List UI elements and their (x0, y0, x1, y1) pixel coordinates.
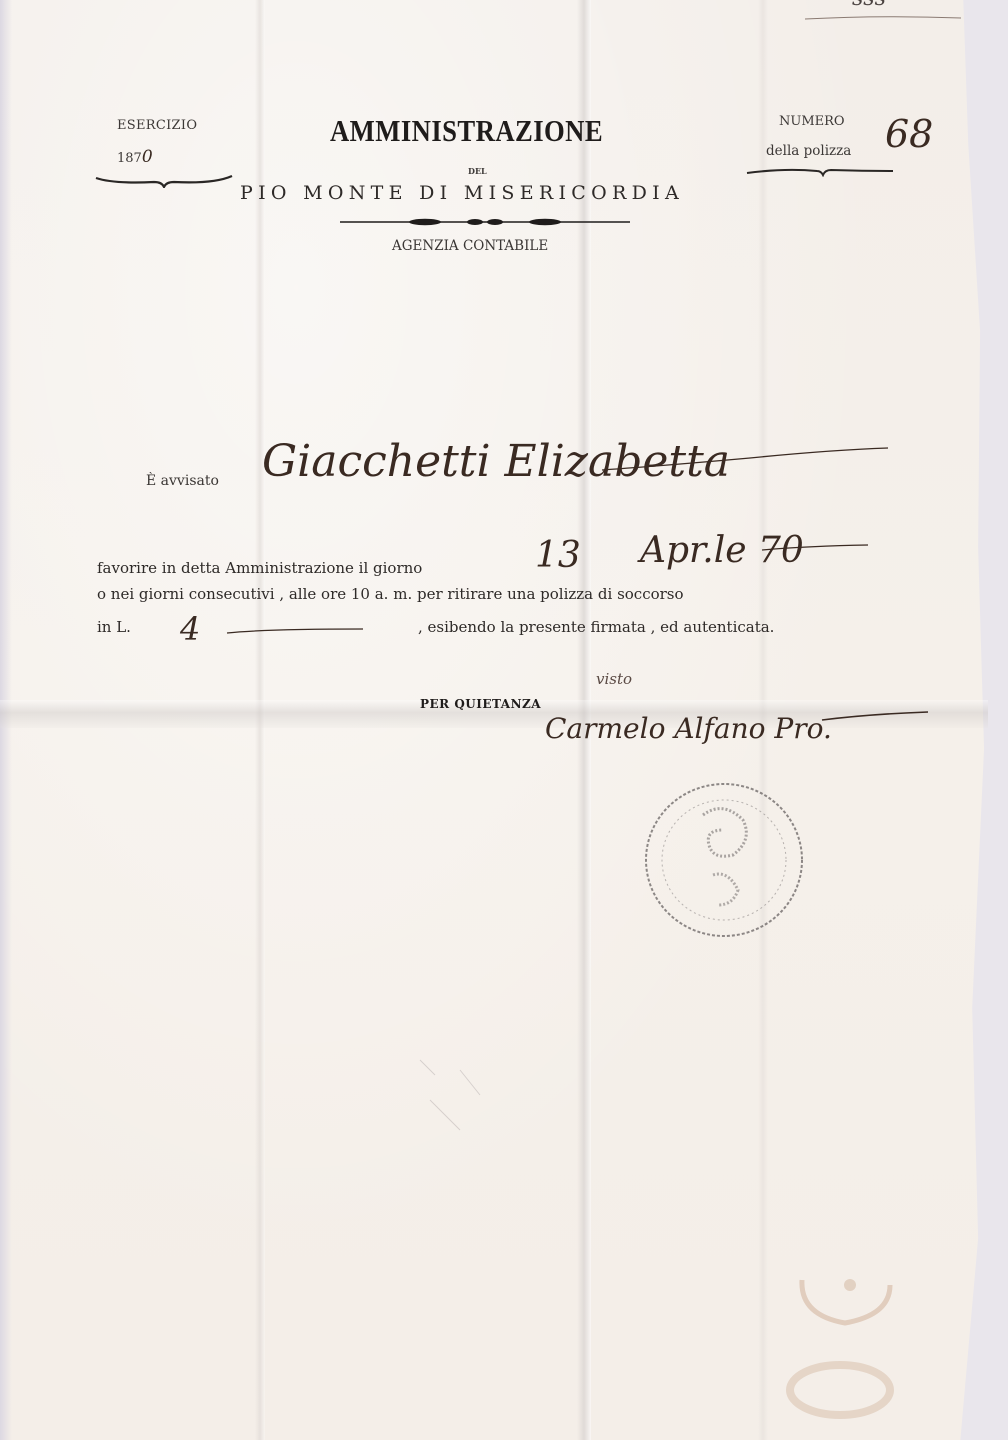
signature-handwritten: Carmelo Alfano Pro. (545, 712, 832, 745)
top-right-rule (803, 15, 963, 21)
esercizio-year: 1870 (117, 147, 153, 167)
visto-handwritten: visto (596, 670, 632, 688)
title-del: DEL (468, 166, 487, 176)
title-ornament-rule (340, 216, 630, 228)
numero-label: NUMERO (779, 114, 845, 129)
instruction-line-3: , esibendo la presente firmata , ed aute… (418, 618, 774, 636)
document-subtitle: PIO MONTE DI MISERICORDIA (240, 182, 684, 204)
instruction-line-1: favorire in detta Amministrazione il gio… (97, 559, 422, 577)
handwritten-day: 13 (535, 535, 581, 576)
esercizio-label: ESERCIZIO (117, 118, 197, 133)
stain-mark-1 (790, 1255, 905, 1335)
amount-rule (225, 627, 365, 635)
amount-prefix: in L. (97, 618, 131, 636)
date-rule (760, 540, 870, 552)
esercizio-year-handwritten: 0 (142, 147, 153, 167)
instruction-line-2: o nei giorni consecutivi , alle ore 10 a… (97, 585, 684, 603)
avvisato-label: È avvisato (146, 473, 219, 489)
brace-ornament-left (94, 174, 234, 188)
faint-offset-marks (400, 1040, 520, 1160)
quietanza-label: PER QUIETANZA (420, 697, 541, 711)
polizza-number: 68 (885, 112, 933, 156)
document-title: AMMINISTRAZIONE (330, 113, 603, 149)
oval-seal-stamp-icon (643, 780, 805, 940)
brace-ornament-right (745, 165, 895, 177)
signature-flourish (820, 710, 930, 722)
agency-label: AGENZIA CONTABILE (392, 238, 548, 254)
top-right-handwritten-mark: sss (852, 0, 886, 11)
handwritten-amount: 4 (180, 610, 200, 648)
esercizio-year-printed: 187 (117, 151, 142, 166)
recipient-name-rule (600, 444, 890, 474)
stain-mark-2 (780, 1355, 900, 1425)
polizza-label: della polizza (766, 143, 851, 159)
